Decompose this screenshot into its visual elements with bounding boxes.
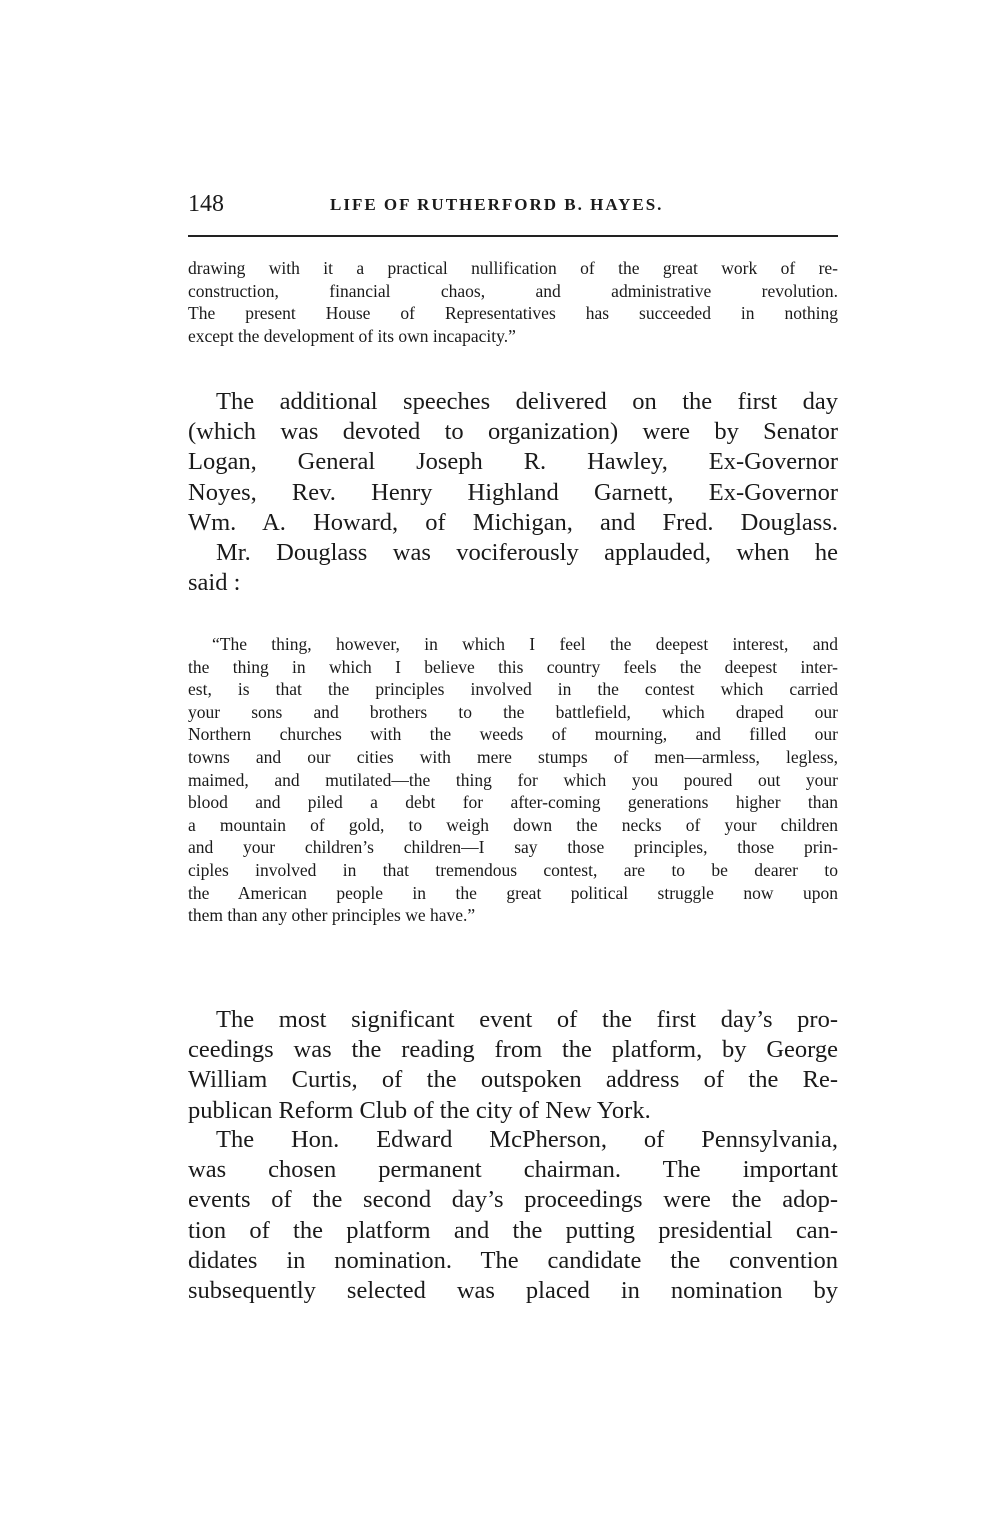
paragraph-mcpherson: The Hon. Edward McPherson, of Pennsylvan… [188,1125,838,1306]
text-line: maimed, and mutilated—the thing for whic… [188,769,838,792]
text-line: ceedings was the reading from the platfo… [188,1035,838,1065]
text-line: drawing with it a practical nullificatio… [188,257,838,280]
text-line: except the development of its own incapa… [188,325,838,348]
text-line: “The thing, however, in which I feel the… [188,633,838,656]
text-line: subsequently selected was placed in nomi… [188,1276,838,1306]
text-line: publican Reform Club of the city of New … [188,1096,838,1126]
text-line: Noyes, Rev. Henry Highland Garnett, Ex-G… [188,478,838,508]
paragraph-additional-speeches: The additional speeches delivered on the… [188,387,838,538]
text-line: The additional speeches delivered on the… [188,387,838,417]
text-line: William Curtis, of the outspoken address… [188,1065,838,1095]
text-line: them than any other principles we have.” [188,904,838,927]
text-line: the thing in which I believe this countr… [188,656,838,679]
text-line: construction, financial chaos, and admin… [188,280,838,303]
page-number: 148 [188,190,224,218]
text-line: was chosen permanent chairman. The impor… [188,1155,838,1185]
douglass-quote: “The thing, however, in which I feel the… [188,633,838,927]
header-rule [188,235,838,237]
text-line: didates in nomination. The candidate the… [188,1246,838,1276]
paragraph-significant-event: The most significant event of the first … [188,1005,838,1126]
text-line: The most significant event of the first … [188,1005,838,1035]
text-line: The present House of Representatives has… [188,302,838,325]
text-line: your sons and brothers to the battlefiel… [188,701,838,724]
text-line: said : [188,568,838,598]
text-line: ciples involved in that tremendous conte… [188,859,838,882]
text-line: The Hon. Edward McPherson, of Pennsylvan… [188,1125,838,1155]
text-line: blood and piled a debt for after-coming … [188,791,838,814]
text-line: events of the second day’s proceedings w… [188,1185,838,1215]
text-line: and your children’s children—I say those… [188,836,838,859]
text-line: (which was devoted to organization) were… [188,417,838,447]
running-title: LIFE OF RUTHERFORD B. HAYES. [330,194,663,216]
text-line: towns and our cities with mere stumps of… [188,746,838,769]
running-head: 148 LIFE OF RUTHERFORD B. HAYES. [188,190,838,224]
text-line: est, is that the principles involved in … [188,678,838,701]
book-page: 148 LIFE OF RUTHERFORD B. HAYES. drawing… [188,190,838,224]
text-line: Logan, General Joseph R. Hawley, Ex-Gove… [188,447,838,477]
text-line: Northern churches with the weeds of mour… [188,723,838,746]
quote-continuation: drawing with it a practical nullificatio… [188,257,838,347]
text-line: the American people in the great politic… [188,882,838,905]
text-line: a mountain of gold, to weigh down the ne… [188,814,838,837]
text-line: Wm. A. Howard, of Michigan, and Fred. Do… [188,508,838,538]
paragraph-douglass-intro: Mr. Douglass was vociferously applauded,… [188,538,838,598]
text-line: Mr. Douglass was vociferously applauded,… [188,538,838,568]
text-line: tion of the platform and the putting pre… [188,1216,838,1246]
